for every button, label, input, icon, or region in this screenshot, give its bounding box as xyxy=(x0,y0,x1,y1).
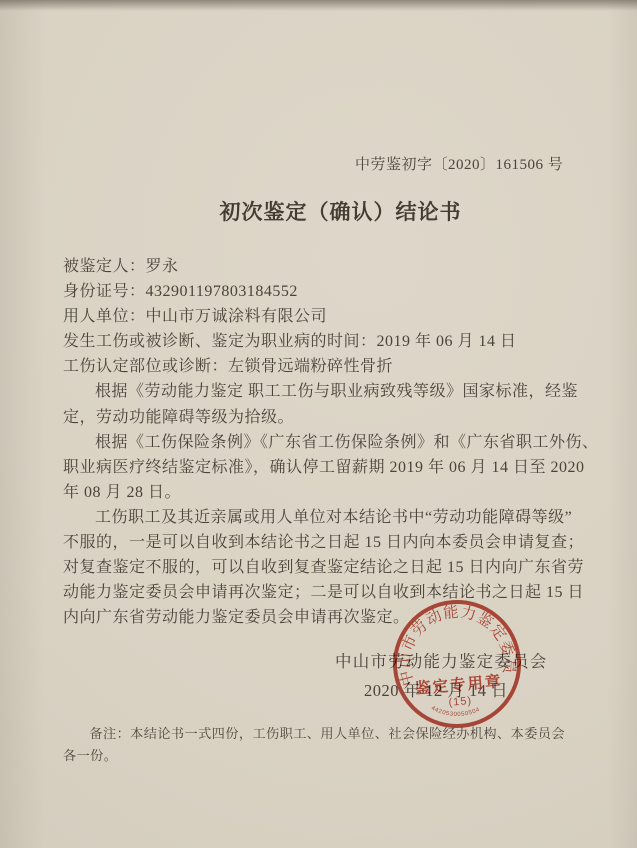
paragraph-appeal-line-1: 工伤职工及其近亲属或用人单位对本结论书中“劳动功能障碍等级” xyxy=(63,505,587,530)
document-reference-number: 中劳鉴初字〔2020〕161506 号 xyxy=(355,153,563,174)
field-id-number: 身份证号：432901197803184552 xyxy=(63,279,587,304)
remark-note: 备注：本结论书一式四份，工伤职工、用人单位、社会保险经办机构、本委员会 各一份。 xyxy=(63,723,575,767)
paragraph-grade-line-1: 根据《劳动能力鉴定 职工工伤与职业病致残等级》国家标准，经鉴 xyxy=(63,379,587,404)
document-photo: 中劳鉴初字〔2020〕161506 号 初次鉴定（确认）结论书 被鉴定人：罗永 … xyxy=(0,0,637,848)
seal-number: (15) xyxy=(448,695,473,709)
paragraph-leave-line-3: 年 08 月 28 日。 xyxy=(63,480,587,505)
paragraph-leave-line-1: 根据《工伤保险条例》《广东省工伤保险条例》和《广东省职工外伤、 xyxy=(63,430,587,455)
document-title: 初次鉴定（确认）结论书 xyxy=(22,196,637,226)
seal-center-text: 鉴定专用章 xyxy=(414,671,503,698)
paragraph-grade-line-2: 定，劳动功能障碍等级为拾级。 xyxy=(63,405,587,430)
field-injury-date: 发生工伤或被诊断、鉴定为职业病的时间：2019 年 06 月 14 日 xyxy=(63,329,587,354)
field-appraised-person: 被鉴定人：罗永 xyxy=(63,254,587,279)
field-injury-diagnosis: 工伤认定部位或诊断：左锁骨远端粉碎性骨折 xyxy=(63,354,587,379)
paragraph-appeal-line-2: 不服的，一是可以自收到本结论书之日起 15 日内向本委员会申请复查； xyxy=(63,530,587,555)
paragraph-leave-line-2: 职业病医疗终结鉴定标准》，确认停工留薪期 2019 年 06 月 14 日至 2… xyxy=(63,455,587,480)
remark-line-1: 备注：本结论书一式四份，工伤职工、用人单位、社会保险经办机构、本委员会 xyxy=(89,726,565,741)
remark-line-2: 各一份。 xyxy=(63,748,117,763)
field-employer: 用人单位：中山市万诚涂料有限公司 xyxy=(63,304,587,329)
